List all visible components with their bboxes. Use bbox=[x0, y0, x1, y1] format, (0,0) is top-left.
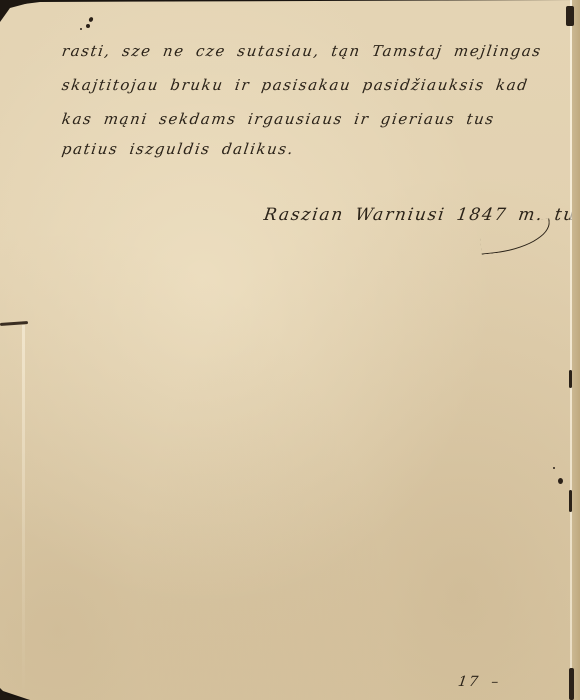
ink-mark bbox=[86, 24, 90, 28]
manuscript-page: rasti, sze ne cze sutasiau, tąn Tamstaj … bbox=[0, 0, 578, 700]
text-line-3: kas mąni sekdams irgausiaus ir gieriaus … bbox=[61, 110, 496, 128]
stain-spot bbox=[553, 467, 555, 469]
page-number: 17 – bbox=[457, 674, 502, 690]
ink-mark bbox=[88, 16, 94, 22]
edge-damage bbox=[569, 370, 572, 388]
signature-flourish bbox=[479, 218, 553, 254]
scanned-page-image: rasti, sze ne cze sutasiau, tąn Tamstaj … bbox=[0, 0, 580, 700]
text-line-2: skajtitojau bruku ir pasisakau pasidžiau… bbox=[61, 76, 530, 94]
edge-damage bbox=[569, 668, 574, 700]
edge-damage bbox=[566, 6, 574, 26]
ink-mark bbox=[80, 28, 82, 30]
page-right-edge bbox=[572, 0, 580, 700]
text-line-1: rasti, sze ne cze sutasiau, tąn Tamstaj … bbox=[61, 42, 543, 60]
paper-fold bbox=[22, 325, 25, 695]
edge-damage bbox=[569, 490, 572, 512]
page-edge-highlight bbox=[570, 0, 572, 700]
text-line-4: patius iszguldis dalikus. bbox=[61, 140, 296, 158]
stain-spot bbox=[558, 478, 563, 484]
